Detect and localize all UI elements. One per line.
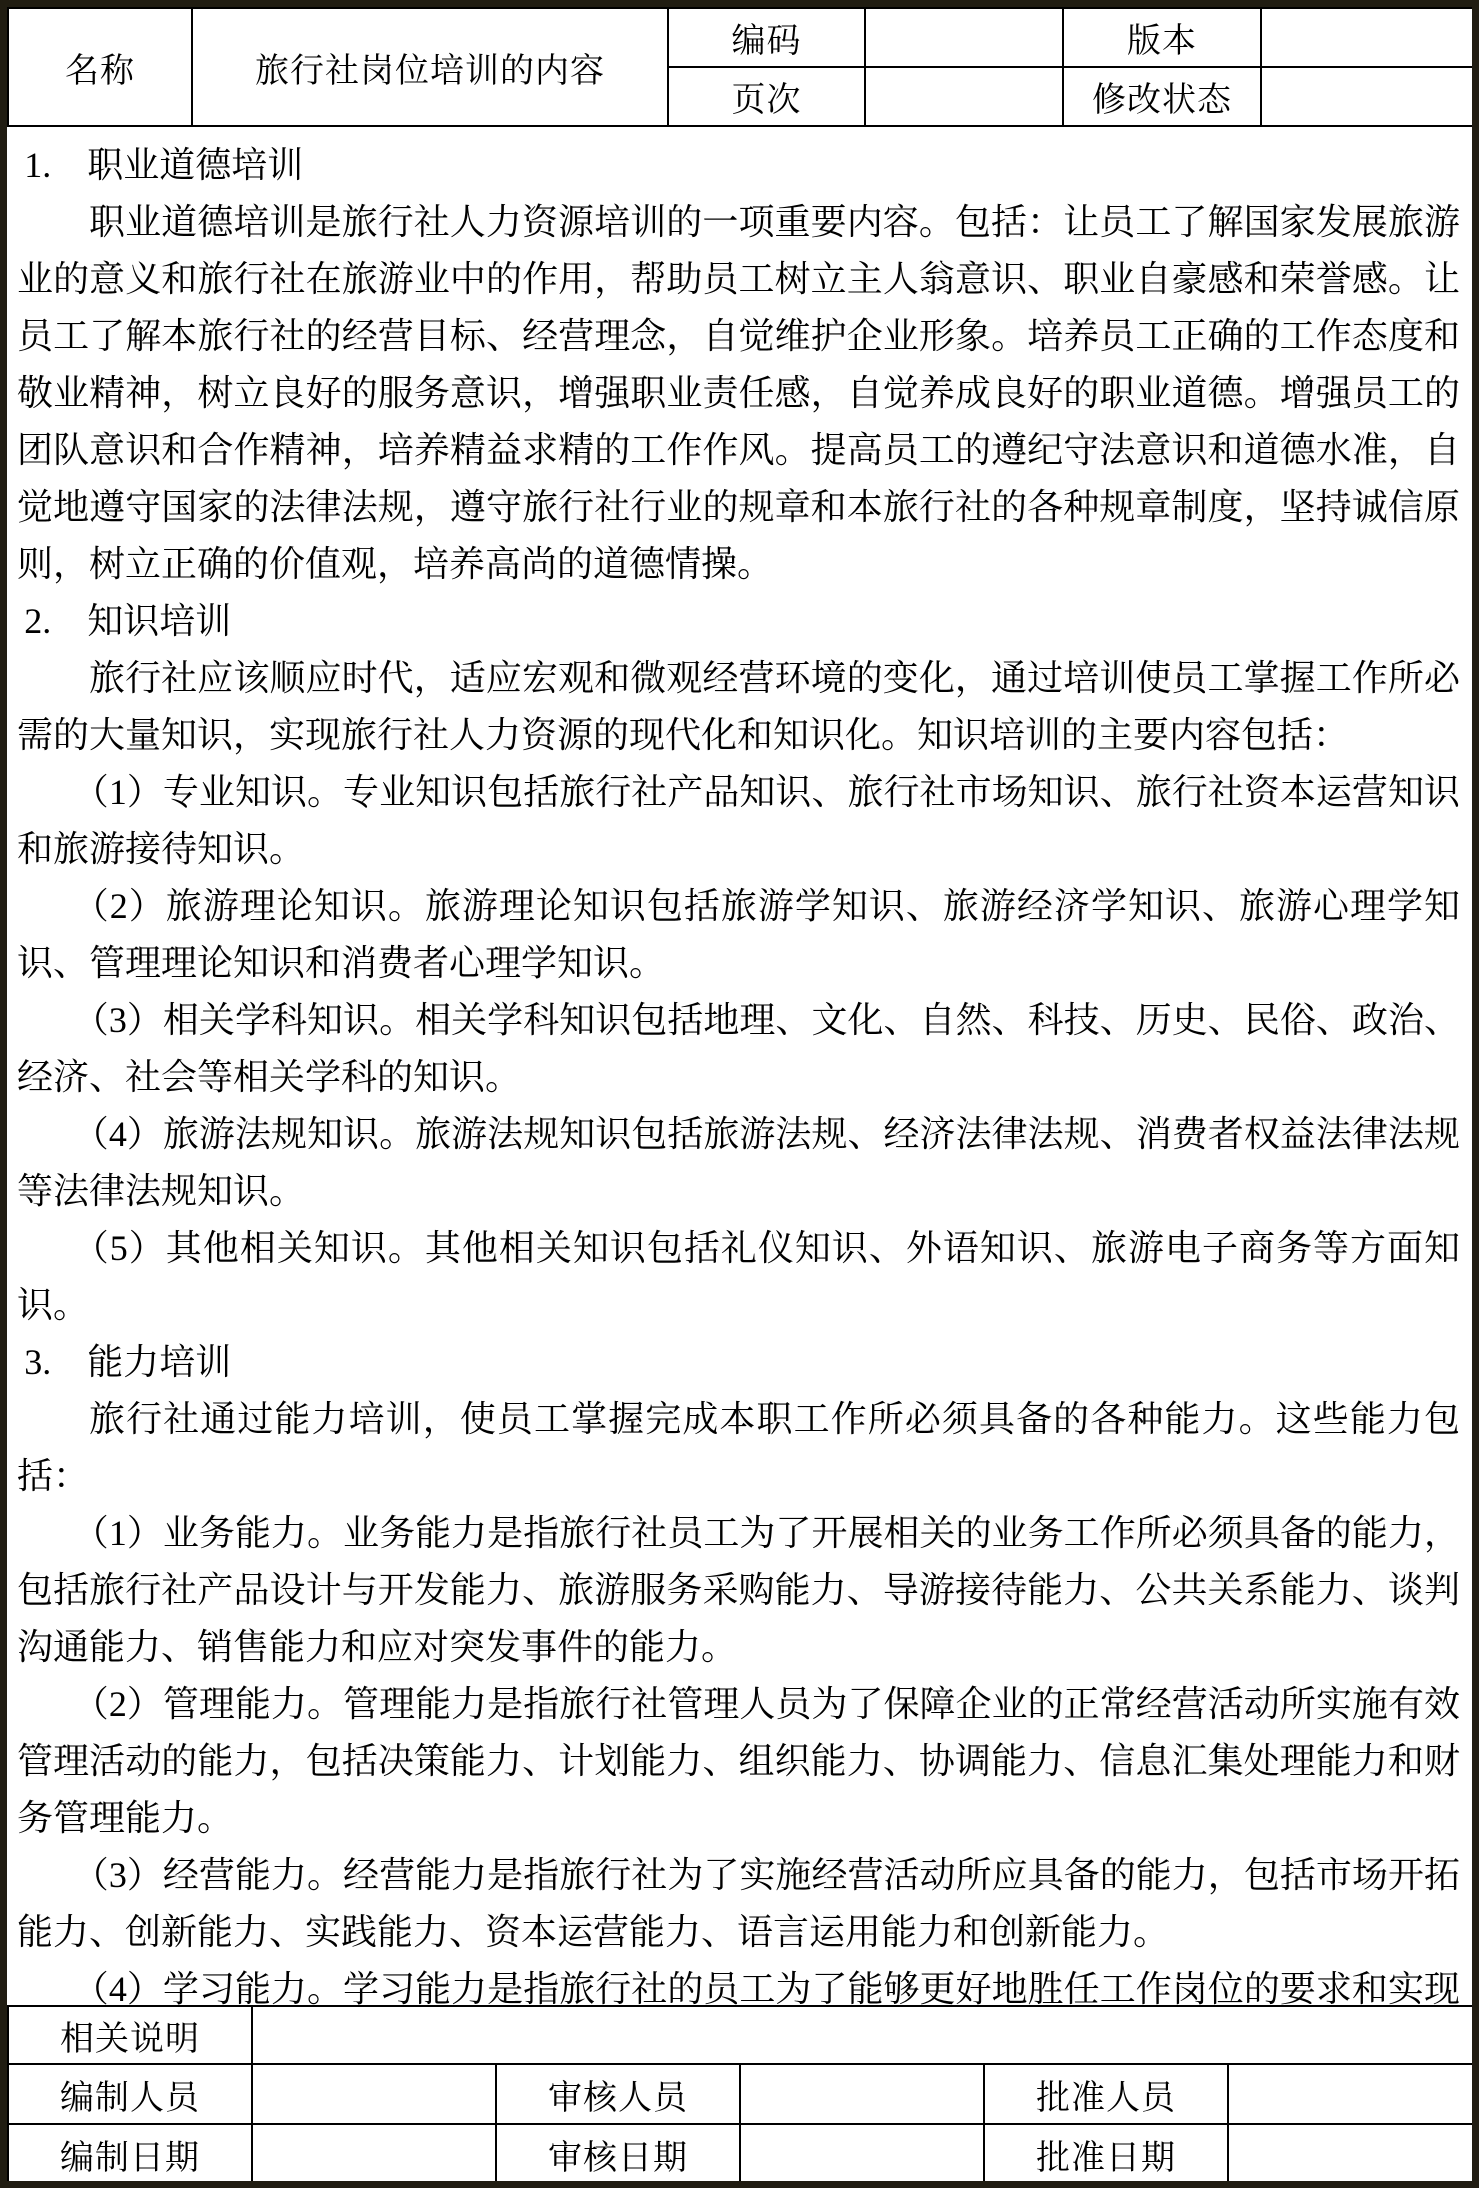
body-list-item: （4）学习能力。学习能力是指旅行社的员工为了能够更好地胜任工作岗位的要求和实现个… <box>17 1961 1460 2005</box>
document-title-cell: 旅行社岗位培训的内容 <box>192 8 668 126</box>
reviewed-by-value-cell <box>740 2064 984 2124</box>
body-paragraph: 旅行社通过能力培训，使员工掌握完成本职工作所必须具备的各种能力。这些能力包括： <box>17 1391 1460 1505</box>
prepared-by-label-cell: 编制人员 <box>8 2064 252 2124</box>
approved-by-label-cell: 批准人员 <box>984 2064 1228 2124</box>
approved-date-label-cell: 批准日期 <box>984 2124 1228 2184</box>
footer-date-row: 编制日期 审核日期 批准日期 <box>8 2124 1473 2184</box>
name-label-cell: 名称 <box>8 8 192 126</box>
reviewed-date-label-cell: 审核日期 <box>496 2124 740 2184</box>
page-value-cell <box>865 67 1063 126</box>
body-list-item: （1）专业知识。专业知识包括旅行社产品知识、旅行社市场知识、旅行社资本运营知识和… <box>17 764 1460 878</box>
body-paragraph: 旅行社应该顺应时代，适应宏观和微观经营环境的变化，通过培训使员工掌握工作所必需的… <box>17 650 1460 764</box>
body-list-item: （5）其他相关知识。其他相关知识包括礼仪知识、外语知识、旅游电子商务等方面知识。 <box>17 1220 1460 1334</box>
approved-by-value-cell <box>1228 2064 1473 2124</box>
body-list-item: （1）业务能力。业务能力是指旅行社员工为了开展相关的业务工作所必须具备的能力，包… <box>17 1505 1460 1676</box>
revision-value-cell <box>1261 67 1473 126</box>
code-label-cell: 编码 <box>668 8 865 67</box>
revision-label-cell: 修改状态 <box>1063 67 1261 126</box>
footer-notes-row: 相关说明 <box>8 2006 1473 2064</box>
approved-date-value-cell <box>1228 2124 1473 2184</box>
body-list-item: （3）相关学科知识。相关学科知识包括地理、文化、自然、科技、历史、民俗、政治、经… <box>17 992 1460 1106</box>
notes-label-cell: 相关说明 <box>8 2006 252 2064</box>
section-heading: 2. 知识培训 <box>17 593 1460 650</box>
version-label-cell: 版本 <box>1063 8 1261 67</box>
reviewed-by-label-cell: 审核人员 <box>496 2064 740 2124</box>
prepared-date-label-cell: 编制日期 <box>8 2124 252 2184</box>
header-row-1: 名称 旅行社岗位培训的内容 编码 版本 <box>8 8 1473 67</box>
prepared-date-value-cell <box>252 2124 496 2184</box>
body-list-item: （4）旅游法规知识。旅游法规知识包括旅游法规、经济法律法规、消费者权益法律法规等… <box>17 1106 1460 1220</box>
document-body: 1. 职业道德培训职业道德培训是旅行社人力资源培训的一项重要内容。包括：让员工了… <box>7 127 1472 2005</box>
page-label-cell: 页次 <box>668 67 865 126</box>
section-heading: 3. 能力培训 <box>17 1334 1460 1391</box>
footer-personnel-row: 编制人员 审核人员 批准人员 <box>8 2064 1473 2124</box>
footer-table: 相关说明 编制人员 审核人员 批准人员 编制日期 审核日期 批准日期 <box>7 2005 1474 2185</box>
body-list-item: （3）经营能力。经营能力是指旅行社为了实施经营活动所应具备的能力，包括市场开拓能… <box>17 1847 1460 1961</box>
prepared-by-value-cell <box>252 2064 496 2124</box>
document-page: 名称 旅行社岗位培训的内容 编码 版本 页次 修改状态 1. 职业道德培训职业道… <box>0 0 1479 2188</box>
version-value-cell <box>1261 8 1473 67</box>
body-list-item: （2）管理能力。管理能力是指旅行社管理人员为了保障企业的正常经营活动所实施有效管… <box>17 1676 1460 1847</box>
body-list-item: （2）旅游理论知识。旅游理论知识包括旅游学知识、旅游经济学知识、旅游心理学知识、… <box>17 878 1460 992</box>
reviewed-date-value-cell <box>740 2124 984 2184</box>
section-heading: 1. 职业道德培训 <box>17 137 1460 194</box>
code-value-cell <box>865 8 1063 67</box>
body-paragraph: 职业道德培训是旅行社人力资源培训的一项重要内容。包括：让员工了解国家发展旅游业的… <box>17 194 1460 593</box>
notes-value-cell <box>252 2006 1473 2064</box>
header-table: 名称 旅行社岗位培训的内容 编码 版本 页次 修改状态 <box>7 7 1474 127</box>
